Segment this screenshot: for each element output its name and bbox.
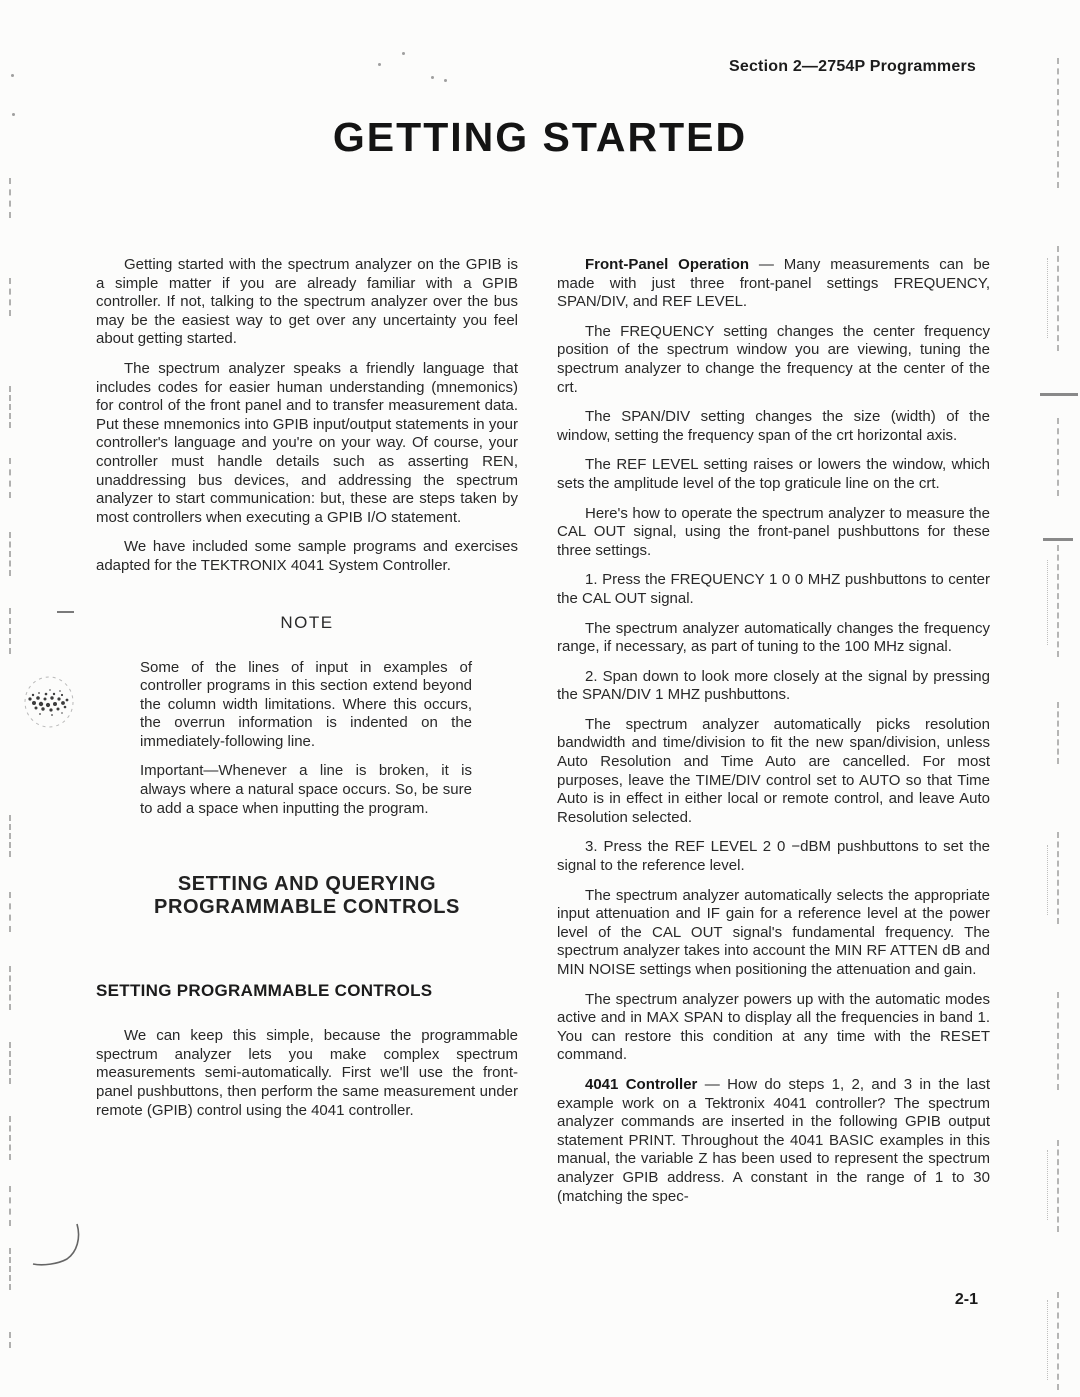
edge-artifact: [1040, 393, 1078, 396]
edge-tick: [9, 386, 11, 428]
section-heading-line1: SETTING AND QUERYING: [178, 873, 436, 895]
paragraph: Front-Panel Operation — Many measurement…: [557, 256, 990, 312]
scanned-manual-page: Section 2—2754P Programmers GETTING STAR…: [0, 0, 1080, 1397]
left-column: Getting started with the spectrum analyz…: [96, 256, 518, 1131]
bold-lead: 4041 Controller: [585, 1076, 697, 1093]
edge-artifact: [1057, 545, 1059, 657]
margin-dash-mark: [57, 611, 74, 613]
edge-artifact: [1057, 702, 1059, 764]
paragraph: The SPAN/DIV setting changes the size (w…: [557, 408, 990, 445]
edge-tick: [9, 815, 11, 857]
scan-speck: [431, 76, 434, 79]
note-heading: NOTE: [96, 613, 518, 633]
edge-tick: [9, 1332, 11, 1348]
edge-tick: [9, 966, 11, 1010]
edge-artifact: [1047, 845, 1048, 915]
paragraph: The FREQUENCY setting changes the center…: [557, 323, 990, 397]
edge-artifact: [1057, 58, 1059, 188]
paragraph: The spectrum analyzer automatically chan…: [557, 620, 990, 657]
paragraph: Getting started with the spectrum analyz…: [96, 256, 518, 349]
page-number: 2-1: [955, 1291, 978, 1309]
paragraph: We can keep this simple, because the pro…: [96, 1027, 518, 1120]
paragraph: Here's how to operate the spectrum analy…: [557, 505, 990, 561]
section-header: Section 2—2754P Programmers: [729, 58, 976, 76]
scan-speck: [444, 79, 447, 82]
right-column: Front-Panel Operation — Many measurement…: [557, 256, 990, 1217]
paragraph: The spectrum analyzer speaks a friendly …: [96, 360, 518, 527]
edge-tick: [9, 458, 11, 498]
note-paragraph: Some of the lines of input in examples o…: [140, 659, 472, 752]
scan-smudge: [22, 674, 76, 730]
scan-speck: [402, 52, 405, 55]
section-heading: SETTING AND QUERYING PROGRAMMABLE CONTRO…: [96, 873, 518, 919]
paragraph: The spectrum analyzer automatically pick…: [557, 716, 990, 828]
paragraph: 4041 Controller — How do steps 1, 2, and…: [557, 1076, 990, 1206]
scan-speck: [11, 74, 14, 77]
edge-artifact: [1047, 1300, 1048, 1380]
paragraph: The REF LEVEL setting raises or lowers t…: [557, 456, 990, 493]
paragraph: We have included some sample programs an…: [96, 538, 518, 575]
edge-tick: [9, 608, 11, 654]
scan-speck: [12, 113, 15, 116]
scan-speck: [378, 63, 381, 66]
subsection-heading: SETTING PROGRAMMABLE CONTROLS: [96, 981, 518, 1001]
edge-artifact: [1043, 538, 1073, 541]
note-block: Some of the lines of input in examples o…: [140, 659, 472, 819]
edge-tick: [9, 278, 11, 316]
edge-tick: [9, 178, 11, 218]
page-title: GETTING STARTED: [0, 114, 1080, 161]
edge-tick: [9, 532, 11, 576]
edge-artifact: [1057, 1140, 1059, 1232]
edge-tick: [9, 1116, 11, 1160]
note-paragraph: Important—Whenever a line is broken, it …: [140, 762, 472, 818]
edge-artifact: [1057, 832, 1059, 924]
edge-tick: [9, 892, 11, 932]
edge-artifact: [1057, 1292, 1059, 1390]
edge-artifact: [1047, 560, 1048, 645]
bold-lead: Front-Panel Operation: [585, 256, 749, 273]
step-item: 3. Press the REF LEVEL 2 0 −dBM pushbutt…: [557, 838, 990, 875]
edge-artifact: [1057, 992, 1059, 1090]
edge-artifact: [1047, 1150, 1048, 1220]
paragraph-text: — How do steps 1, 2, and 3 in the last e…: [557, 1076, 990, 1205]
step-item: 1. Press the FREQUENCY 1 0 0 MHZ pushbut…: [557, 571, 990, 608]
step-item: 2. Span down to look more closely at the…: [557, 668, 990, 705]
edge-tick: [9, 1248, 11, 1290]
edge-artifact: [1047, 258, 1048, 338]
edge-tick: [9, 1042, 11, 1084]
edge-tick: [9, 1186, 11, 1226]
edge-artifact: [1057, 418, 1059, 496]
paragraph: The spectrum analyzer powers up with the…: [557, 991, 990, 1065]
section-heading-line2: PROGRAMMABLE CONTROLS: [154, 896, 460, 918]
handwritten-mark: [30, 1222, 82, 1270]
paragraph: The spectrum analyzer automatically sele…: [557, 887, 990, 980]
edge-artifact: [1057, 246, 1059, 351]
